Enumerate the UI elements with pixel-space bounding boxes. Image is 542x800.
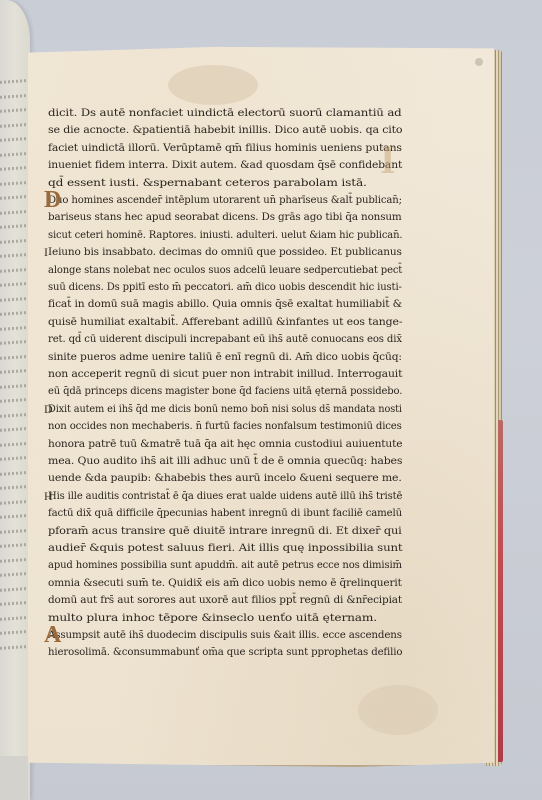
previous-page-text (0, 587, 26, 592)
previous-page-text (0, 398, 26, 403)
manuscript-line: uende &da paupib: &habebis thes aurū inc… (48, 471, 402, 485)
previous-page-text (0, 210, 26, 215)
manuscript-line: quisē humiliat exaltabit̄. Afferebant ad… (48, 315, 402, 329)
previous-page-text (0, 601, 26, 606)
manuscript-line: Ieiuno bis insabbato. decimas do omniū q… (48, 245, 402, 259)
previous-page-text (0, 224, 26, 229)
previous-page-text (0, 340, 26, 345)
previous-page-text (0, 311, 26, 316)
faded-initial: I (380, 136, 396, 183)
previous-page-text (0, 181, 26, 186)
manuscript-line: sinite pueros adme uenire taliū ē enī re… (48, 350, 402, 364)
previous-page-text (0, 326, 26, 331)
manuscript-line: honora patrē tuū &matrē tuā q̄a ait hęc … (48, 437, 402, 451)
previous-page-text (0, 166, 26, 171)
manuscript-line: non occides non mechaberis. n̄ furtū fac… (48, 419, 402, 433)
manuscript-line: Dixit autem ei ihs̄ q̄d me dicis bonū ne… (48, 402, 402, 416)
manuscript-line: apud homines possibilia sunt apuddm̄. ai… (48, 558, 402, 572)
manuscript-line: Assumpsit autē ihs̄ duodecim discipulis … (48, 628, 402, 642)
red-edge-binding (498, 420, 503, 762)
previous-page-shadow (0, 756, 28, 800)
manuscript-line: eū q̄dā princeps dicens magister bone q̄… (48, 384, 402, 398)
manuscript-line: pforam̄ acus transire quē diuitē intrare… (48, 524, 402, 538)
manuscript-line: bariseus stans hec apud seorabat dicens.… (48, 210, 402, 224)
manuscript-line: qd̄ essent iusti. &spernabant ceteros pa… (48, 176, 367, 190)
manuscript-line: Duo homines ascender̄ intēplum utorarent… (48, 193, 402, 207)
manuscript-line: ret. qd̄ cū uiderent discipuli increpaba… (48, 332, 402, 346)
previous-page-text (0, 413, 26, 418)
previous-page-text (0, 195, 26, 200)
previous-page-text (0, 369, 26, 374)
manuscript-line: suū dicens. Ds ppitī esto m̄ peccatori. … (48, 280, 402, 294)
manuscript-line: factū dix̄ quā difficile q̄pecunias habe… (48, 506, 402, 520)
previous-page-text (0, 94, 26, 99)
manuscript-line: alonge stans nolebat nec oculos suos adc… (48, 263, 402, 277)
margin-initial: H (44, 489, 53, 504)
previous-page-text (0, 543, 26, 548)
decorated-initial-a: A (44, 622, 61, 649)
previous-page-text (0, 427, 26, 432)
manuscript-line: non acceperit regnū di sicut puer non in… (48, 367, 402, 381)
parchment-stain (358, 685, 438, 735)
manuscript-line: dicit. Ds autē nonfaciet uindictā electo… (48, 106, 402, 120)
previous-page-text (0, 384, 26, 389)
previous-page-text (0, 616, 26, 621)
folio-mark (475, 58, 483, 66)
previous-page-text (0, 645, 26, 650)
manuscript-line: faciet uindictā illorū. Verūptamē qm̄ fi… (48, 141, 402, 155)
previous-page-text (0, 108, 26, 113)
manuscript-line: mea. Quo audito ihs̄ ait illi adhuc unū … (48, 454, 402, 468)
previous-page-text (0, 471, 26, 476)
previous-page-text (0, 529, 26, 534)
parchment-stain (168, 65, 258, 105)
manuscript-line: sicut ceteri hominē. Raptores. iniusti. … (48, 228, 402, 242)
previous-page-text (0, 239, 26, 244)
previous-page-text (0, 123, 26, 128)
manuscript-line: se die acnocte. &patientiā habebit inill… (48, 123, 402, 137)
previous-page-text (0, 442, 26, 447)
manuscript-line: inueniet fidem interra. Dixit autem. &ad… (48, 158, 402, 172)
previous-page-text (0, 558, 26, 563)
previous-page-text (0, 282, 26, 287)
manuscript-line: multo plura inhoc tēpore &inseclo uenťo … (48, 611, 377, 625)
previous-page-edge (0, 0, 30, 800)
manuscript-line: omnia &secuti sum̄ te. Quidix̄ eis am̄ d… (48, 576, 402, 590)
previous-page-text (0, 630, 26, 635)
previous-page-text (0, 355, 26, 360)
previous-page-text (0, 514, 26, 519)
previous-page-text (0, 485, 26, 490)
manuscript-line: His ille auditis contristat̄ ē q̄a diues… (48, 489, 402, 503)
margin-initial: I (44, 245, 48, 260)
margin-initial: D (44, 402, 53, 417)
previous-page-text (0, 152, 26, 157)
manuscript-line: ficat̄ in domū suā magis abillo. Quia om… (48, 297, 402, 311)
previous-page-text (0, 456, 26, 461)
manuscript-scan: dicit. Ds autē nonfaciet uindictā electo… (0, 0, 542, 800)
decorated-initial-d: D (44, 187, 61, 214)
previous-page-text (0, 500, 26, 505)
manuscript-line: audier̄ &quis potest saluus fieri. Ait i… (48, 541, 403, 555)
previous-page-text (0, 572, 26, 577)
previous-page-text (0, 79, 26, 84)
previous-page-text (0, 268, 26, 273)
previous-page-text (0, 253, 26, 258)
previous-page-text (0, 137, 26, 142)
manuscript-line: domū aut frs̄ aut sorores aut uxorē aut … (48, 593, 402, 607)
manuscript-line: hierosolimā. &consummabunť om̄a que scri… (48, 645, 402, 659)
previous-page-text (0, 297, 26, 302)
